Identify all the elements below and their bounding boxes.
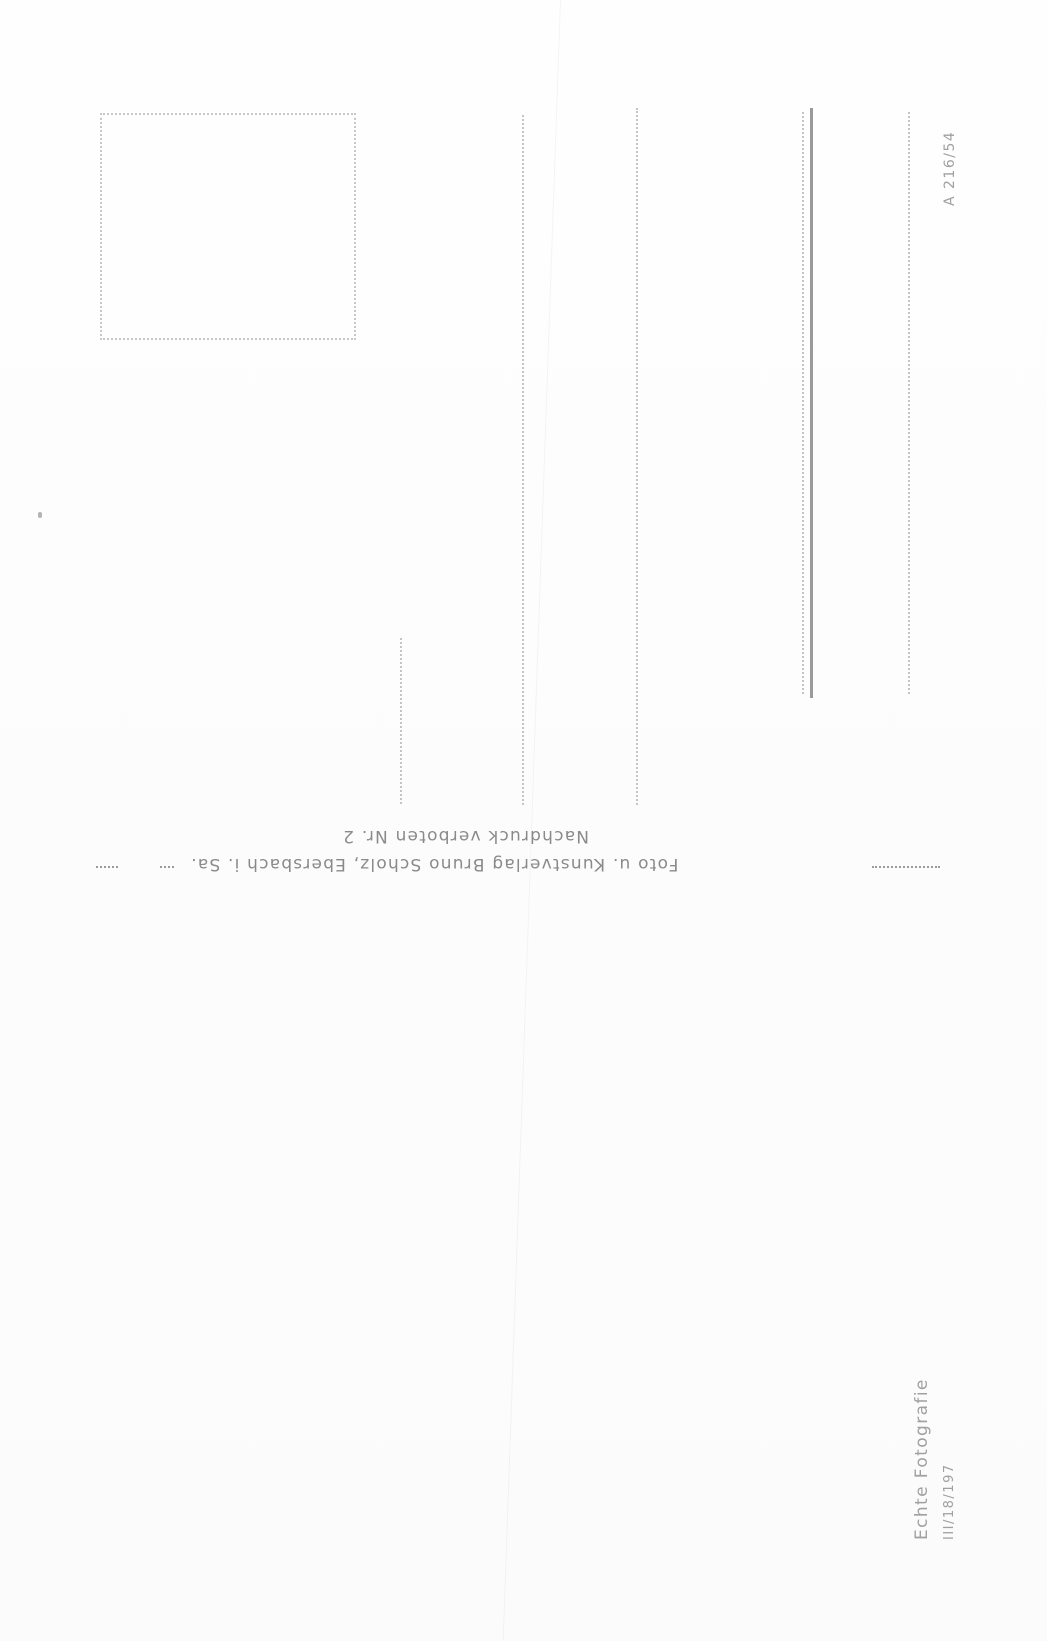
address-line-1 bbox=[400, 638, 402, 804]
divider-line bbox=[810, 108, 813, 698]
decorative-dash-left-2 bbox=[160, 866, 174, 870]
footer-code: III/18/197 bbox=[942, 1463, 957, 1540]
decorative-dash-left bbox=[96, 866, 118, 870]
stamp-box bbox=[100, 113, 356, 340]
address-line-2 bbox=[522, 115, 524, 805]
footer-label: Echte Fotografie bbox=[912, 1378, 932, 1540]
catalog-number: A 216/54 bbox=[942, 131, 958, 206]
address-line-3 bbox=[636, 108, 638, 805]
paper-speck bbox=[38, 512, 42, 518]
fold-crease bbox=[503, 0, 561, 1640]
postcard-back: A 216/54 Nachdruck verboten Nr. 2 Foto u… bbox=[0, 0, 1047, 1641]
address-line-4 bbox=[802, 112, 804, 694]
publisher-notice: Nachdruck verboten Nr. 2 bbox=[342, 826, 589, 846]
decorative-dash-right bbox=[872, 866, 940, 870]
address-line-5 bbox=[908, 112, 910, 694]
publisher-name: Foto u. Kunstverlag Bruno Scholz, Ebersb… bbox=[190, 854, 678, 874]
